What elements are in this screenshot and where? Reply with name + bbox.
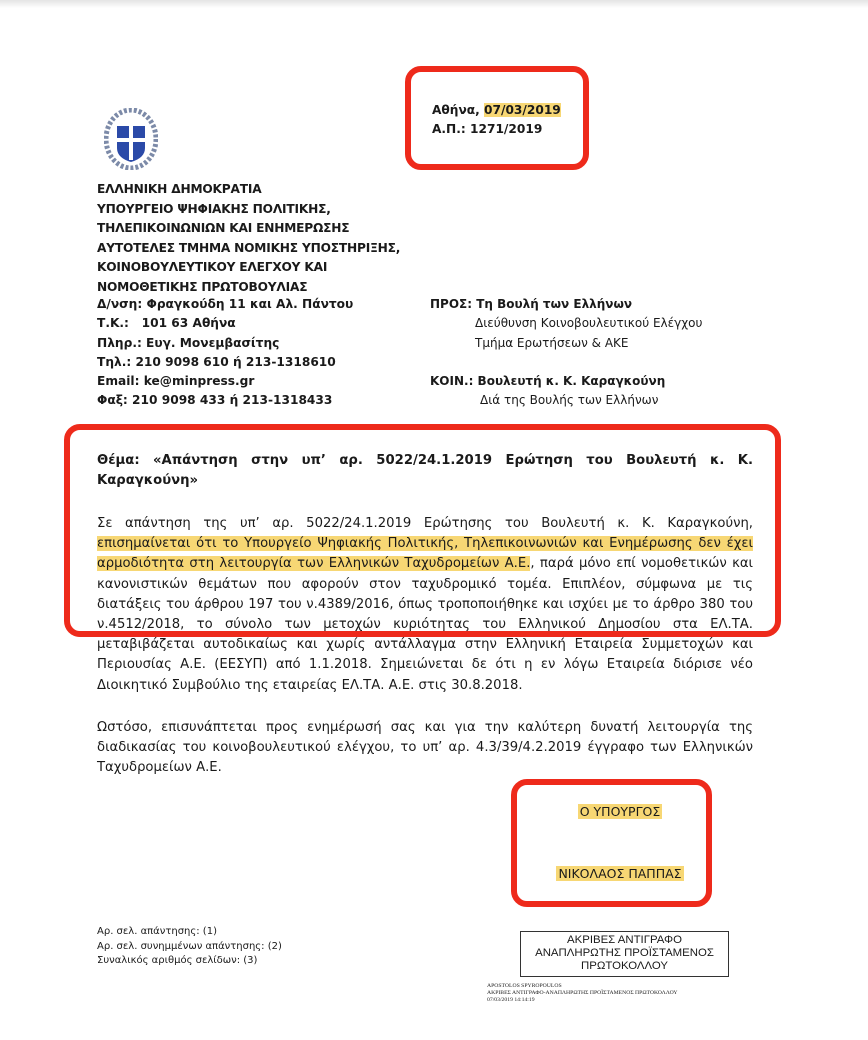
contact-person: Πληρ.: Ευγ. Μονεμβασίτης bbox=[97, 334, 353, 353]
greek-coat-of-arms-icon bbox=[104, 108, 158, 170]
to-line-2: Διεύθυνση Κοινοβουλευτικού Ελέγχου bbox=[430, 314, 702, 333]
signature-title: Ο ΥΠΟΥΡΓΟΣ bbox=[520, 804, 720, 819]
ministry-header: ΕΛΛΗΝΙΚΗ ΔΗΜΟΚΡΑΤΙΑ ΥΠΟΥΡΓΕΙΟ ΨΗΦΙΑΚΗΣ Π… bbox=[97, 180, 400, 298]
header-line: ΕΛΛΗΝΙΚΗ ΔΗΜΟΚΡΑΤΙΑ bbox=[97, 180, 400, 200]
to-label: ΠΡΟΣ: bbox=[430, 297, 476, 311]
top-shade bbox=[0, 0, 868, 8]
cc-line-2: Διά της Βουλής των Ελλήνων bbox=[430, 391, 702, 410]
date-block: Αθήνα, 07/03/2019 Α.Π.: 1271/2019 bbox=[432, 101, 561, 139]
cc-label: ΚΟΙΝ.: bbox=[430, 374, 478, 388]
header-line: ΚΟΙΝΟΒΟΥΛΕΥΤΙΚΟΥ ΕΛΕΓΧΟΥ ΚΑΙ bbox=[97, 258, 400, 278]
address: Δ/νση: Φραγκούδη 11 και Αλ. Πάντου bbox=[97, 295, 353, 314]
signature-text: ΑΚΡΙΒΕΣ ΑΝΤΙΓΡΑΦΟ-ΑΝΑΠΛΗΡΩΤΗΣ ΠΡΟΪΣΤΑΜΕΝ… bbox=[487, 990, 678, 997]
page-count-line: Αρ. σελ. συνημμένων απάντησης: (2) bbox=[97, 940, 282, 955]
annotation-box-signature bbox=[511, 779, 712, 907]
postal-code: Τ.Κ.: 101 63 Αθήνα bbox=[97, 314, 353, 333]
date-value: 07/03/2019 bbox=[484, 103, 561, 117]
header-line: ΑΥΤΟΤΕΛΕΣ ΤΜΗΜΑ ΝΟΜΙΚΗΣ ΥΠΟΣΤΗΡΙΞΗΣ, bbox=[97, 239, 400, 259]
recipients: ΠΡΟΣ: Τη Βουλή των Ελλήνων Διεύθυνση Κοι… bbox=[430, 295, 702, 410]
date-line: Αθήνα, 07/03/2019 bbox=[432, 101, 561, 120]
page-count-line: Αρ. σελ. απάντησης: (1) bbox=[97, 925, 282, 940]
to-line-3: Τμήμα Ερωτήσεων & ΑΚΕ bbox=[430, 334, 702, 353]
header-line: ΥΠΟΥΡΓΕΙΟ ΨΗΦΙΑΚΗΣ ΠΟΛΙΤΙΚΗΣ, bbox=[97, 200, 400, 220]
digital-signature-info: APOSTOLOS SPYROPOULOS ΑΚΡΙΒΕΣ ΑΝΤΙΓΡΑΦΟ-… bbox=[487, 983, 678, 1004]
signature-timestamp: 07/03/2019 14:14:19 bbox=[487, 997, 678, 1004]
signature-name: ΝΙΚΟΛΑΟΣ ΠΑΠΠΑΣ bbox=[520, 866, 720, 881]
protocol-number: Α.Π.: 1271/2019 bbox=[432, 120, 561, 139]
fax: Φαξ: 210 9098 433 ή 213-1318433 bbox=[97, 391, 353, 410]
phone: Τηλ.: 210 9098 610 ή 213-1318610 bbox=[97, 353, 353, 372]
email: Email: ke@minpress.gr bbox=[97, 372, 353, 391]
body-paragraph-1: Σε απάντηση της υπ’ αρ. 5022/24.1.2019 Ε… bbox=[97, 514, 753, 696]
contact-details: Δ/νση: Φραγκούδη 11 και Αλ. Πάντου Τ.Κ.:… bbox=[97, 295, 353, 411]
signer-name: APOSTOLOS SPYROPOULOS bbox=[487, 983, 678, 990]
cc-name: Βουλευτή κ. Κ. Καραγκούνη bbox=[478, 374, 666, 388]
body-paragraph-2: Ωστόσο, επισυνάπτεται προς ενημέρωσή σας… bbox=[97, 718, 753, 779]
page-count-line: Συναλικός αριθμός σελίδων: (3) bbox=[97, 954, 282, 969]
to-name: Τη Βουλή των Ελλήνων bbox=[476, 297, 632, 311]
page-counts: Αρ. σελ. απάντησης: (1) Αρ. σελ. συνημμέ… bbox=[97, 925, 282, 969]
certified-copy-stamp: ΑΚΡΙΒΕΣ ΑΝΤΙΓΡΑΦΟ ΑΝΑΠΛΗΡΩΤΗΣ ΠΡΟΪΣΤΑΜΕΝ… bbox=[520, 931, 729, 977]
subject: Θέμα: «Απάντηση στην υπ’ αρ. 5022/24.1.2… bbox=[97, 451, 753, 491]
header-line: ΤΗΛΕΠΙΚΟΙΝΩΝΙΩΝ ΚΑΙ ΕΝΗΜΕΡΩΣΗΣ bbox=[97, 219, 400, 239]
